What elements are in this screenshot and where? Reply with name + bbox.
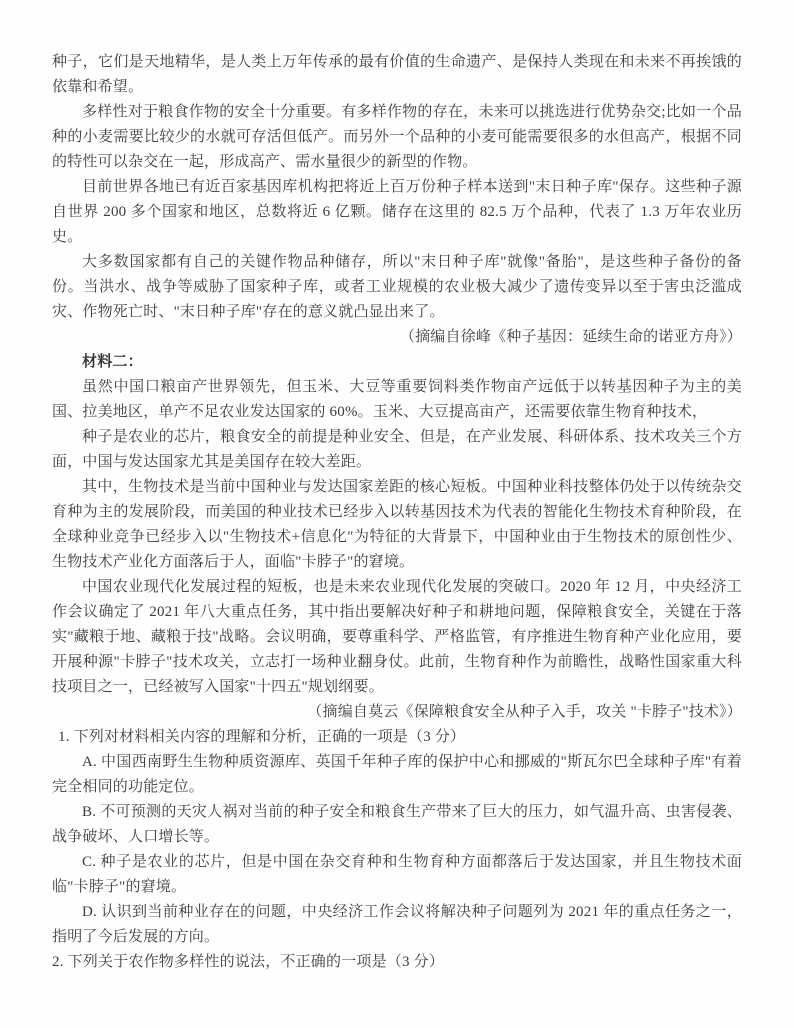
material2-paragraph-chip: 种子是农业的芯片，粮食安全的前提是种业安全、但是，在产业发展、科研体系、技术攻关… [52, 425, 742, 475]
material2-paragraph-modernization: 中国农业现代化发展过程的短板，也是未来农业现代化发展的突破口。2020 年 12… [52, 575, 742, 700]
document-page: 种子，它们是天地精华，是人类上万年传承的最有价值的生命遗产、是保持人类现在和未来… [0, 0, 794, 1028]
material1-paragraph-backup: 大多数国家都有自己的关键作物品种储存，所以"末日种子库"就像"备胎"，是这些种子… [52, 250, 742, 325]
material1-paragraph-diversity: 多样性对于粮食作物的安全十分重要。有多样作物的存在，未来可以挑选进行优势杂交;比… [52, 100, 742, 175]
material1-citation: （摘编自徐峰《种子基因：延续生命的诺亚方舟》） [52, 325, 742, 350]
question1-stem: 1. 下列对材料相关内容的理解和分析，正确的一项是（3 分） [52, 725, 742, 750]
exam-passage: 种子，它们是天地精华，是人类上万年传承的最有价值的生命遗产、是保持人类现在和未来… [52, 50, 742, 975]
material1-paragraph-genebank: 目前世界各地已有近百家基因库机构把将近上百万份种子样本送到"末日种子库"保存。这… [52, 175, 742, 250]
material2-paragraph-yield: 虽然中国口粮亩产世界领先，但玉米、大豆等重要饲料类作物亩产远低于以转基因种子为主… [52, 375, 742, 425]
question1-option-d: D. 认识到当前种业存在的问题，中央经济工作会议将解决种子问题列为 2021 年… [52, 900, 742, 950]
material2-paragraph-biotech: 其中，生物技术是当前中国种业与发达国家差距的核心短板。中国种业科技整体仍处于以传… [52, 475, 742, 575]
material2-heading: 材料二： [52, 350, 742, 375]
question1-option-a: A. 中国西南野生生物种质资源库、英国千年种子库的保护中心和挪威的"斯瓦尔巴全球… [52, 750, 742, 800]
question2-stem: 2. 下列关于农作物多样性的说法，不正确的一项是（3 分） [52, 950, 742, 975]
question1-option-b: B. 不可预测的天灾人祸对当前的种子安全和粮食生产带来了巨大的压力，如气温升高、… [52, 800, 742, 850]
material2-citation: （摘编自莫云《保障粮食安全从种子入手，攻关 "卡脖子"技术》） [52, 700, 742, 725]
question1-option-c: C. 种子是农业的芯片，但是中国在杂交育种和生物育种方面都落后于发达国家，并且生… [52, 850, 742, 900]
material1-paragraph-continuation: 种子，它们是天地精华，是人类上万年传承的最有价值的生命遗产、是保持人类现在和未来… [52, 50, 742, 100]
